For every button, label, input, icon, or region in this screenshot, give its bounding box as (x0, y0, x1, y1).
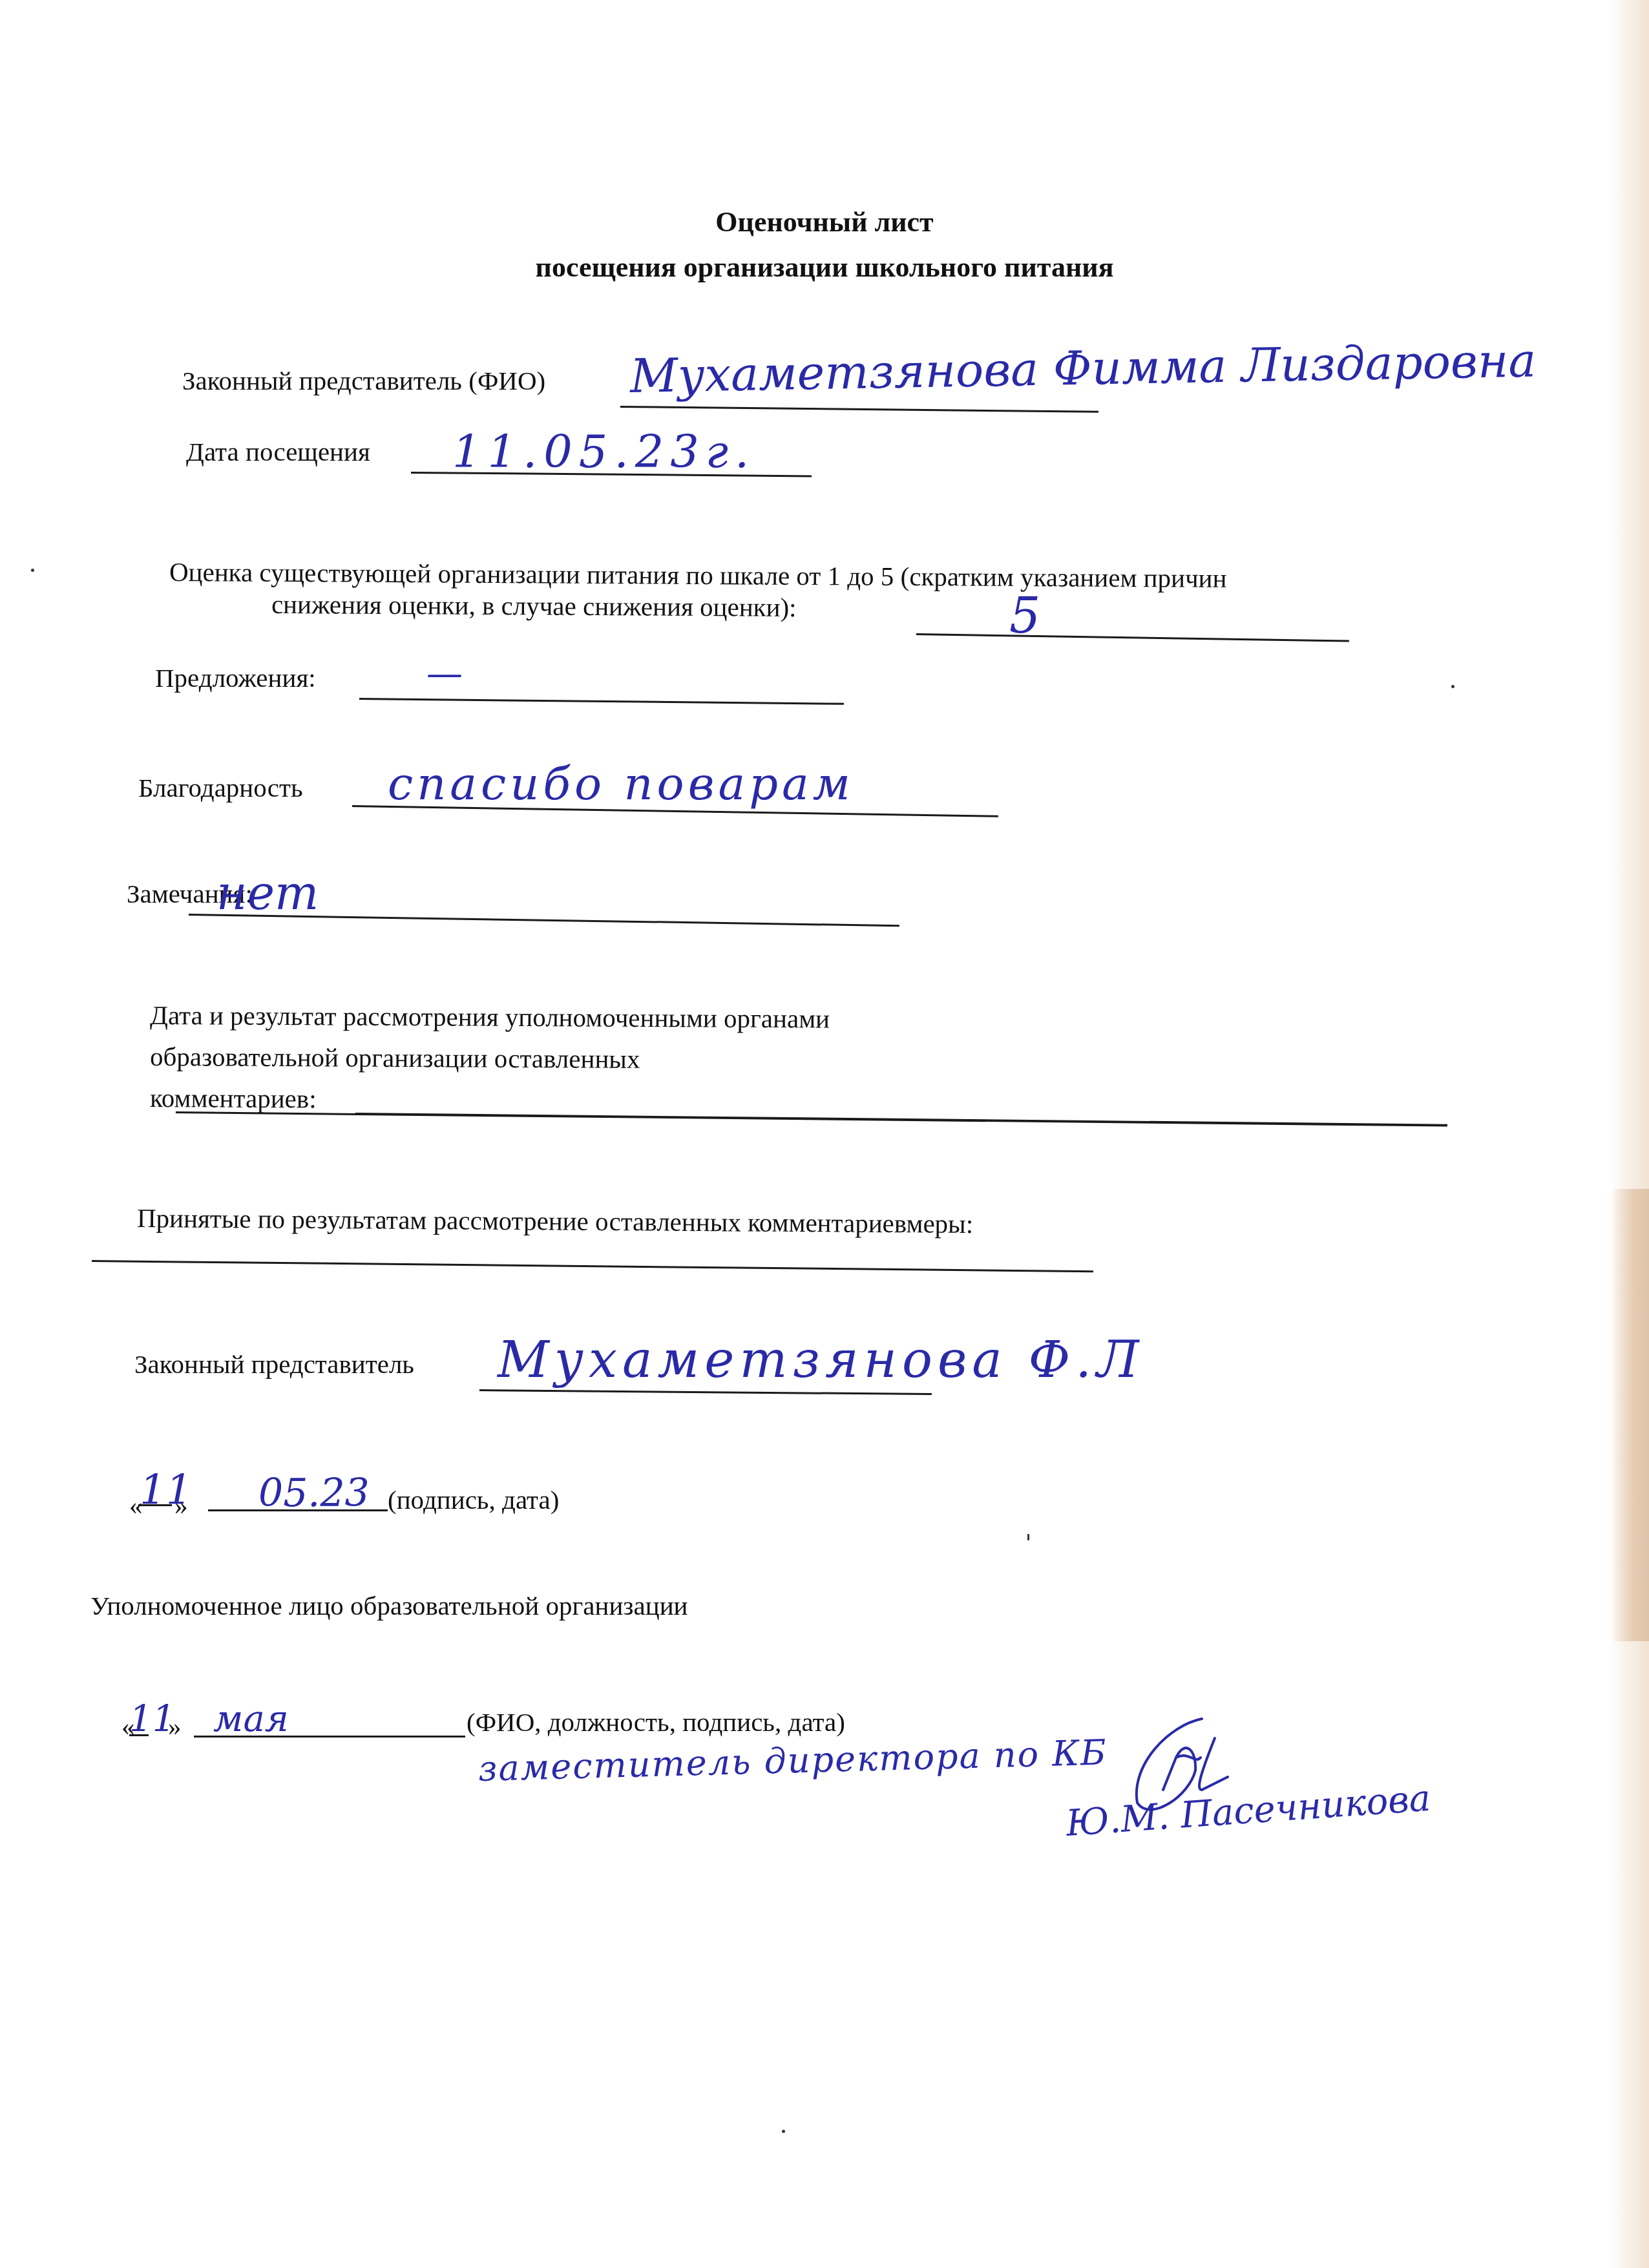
representative-date-value[interactable]: 05.23 (258, 1471, 370, 1516)
authorized-date-close-quote: » (168, 1711, 182, 1741)
measures-taken-line (92, 1260, 1093, 1272)
visit-date-label: Дата посещения (186, 437, 370, 467)
authorized-name-value[interactable]: Ю.М. Пасечникова (1065, 1778, 1432, 1845)
rating-label-line1: Оценка существующей организации питания … (169, 557, 1227, 594)
gratitude-value[interactable]: спасибо поварам (388, 757, 854, 810)
review-result-label-line1: Дата и результат рассмотрения уполномоче… (150, 1000, 830, 1034)
scan-speck (1451, 685, 1455, 688)
measures-taken-label: Принятые по результатам рассмотрение ост… (137, 1203, 973, 1239)
rating-value[interactable]: 5 (1009, 587, 1040, 644)
review-result-label-line2: образовательной организации оставленных (150, 1042, 640, 1075)
representative-date-caption: (подпись, дата) (388, 1485, 559, 1515)
document-title: Оценочный лист (0, 205, 1649, 238)
scanned-page-edge-shadow (1610, 1189, 1649, 1641)
document-subtitle: посещения организации школьного питания (0, 251, 1649, 284)
authorized-day-line (129, 1734, 149, 1736)
scan-speck (782, 2130, 785, 2133)
representative-fio-value[interactable]: Мухаметзянова Фимма Лиздаровна (629, 333, 1537, 403)
suggestions-label: Предложения: (155, 663, 316, 693)
authorized-month-value[interactable]: мая (213, 1698, 289, 1740)
remarks-value[interactable]: нет (216, 866, 319, 920)
representative-date-close-quote: » (174, 1490, 188, 1520)
authorized-caption: (ФИО, должность, подпись, дата) (467, 1707, 845, 1738)
authorized-person-label: Уполномоченное лицо образовательной орга… (90, 1591, 688, 1621)
suggestions-line (359, 698, 844, 705)
representative-signature-value[interactable]: Мухаметзянова Ф.Л (498, 1331, 1144, 1389)
visit-date-value[interactable]: 11.05.23г. (452, 425, 755, 478)
review-result-label-line3: комментариев: (150, 1083, 317, 1114)
suggestions-value[interactable]: — (426, 653, 463, 695)
gratitude-label: Благодарность (138, 773, 303, 803)
authorized-date-line (194, 1736, 465, 1738)
representative-signature-line (479, 1389, 932, 1395)
representative-fio-line (620, 406, 1098, 413)
rating-label-line2: снижения оценки, в случае снижения оценк… (271, 589, 797, 623)
scan-speck (31, 569, 34, 572)
authorized-position-value[interactable]: заместитель директора по КБ (478, 1732, 1108, 1789)
review-result-line-segment (355, 1113, 1447, 1126)
rating-line (916, 633, 1349, 642)
representative-signature-label: Законный представитель (134, 1349, 414, 1380)
scan-speck (1027, 1534, 1029, 1540)
scanned-page-edge (1610, 0, 1649, 2268)
representative-fio-label: Законный представитель (ФИО) (182, 366, 545, 396)
